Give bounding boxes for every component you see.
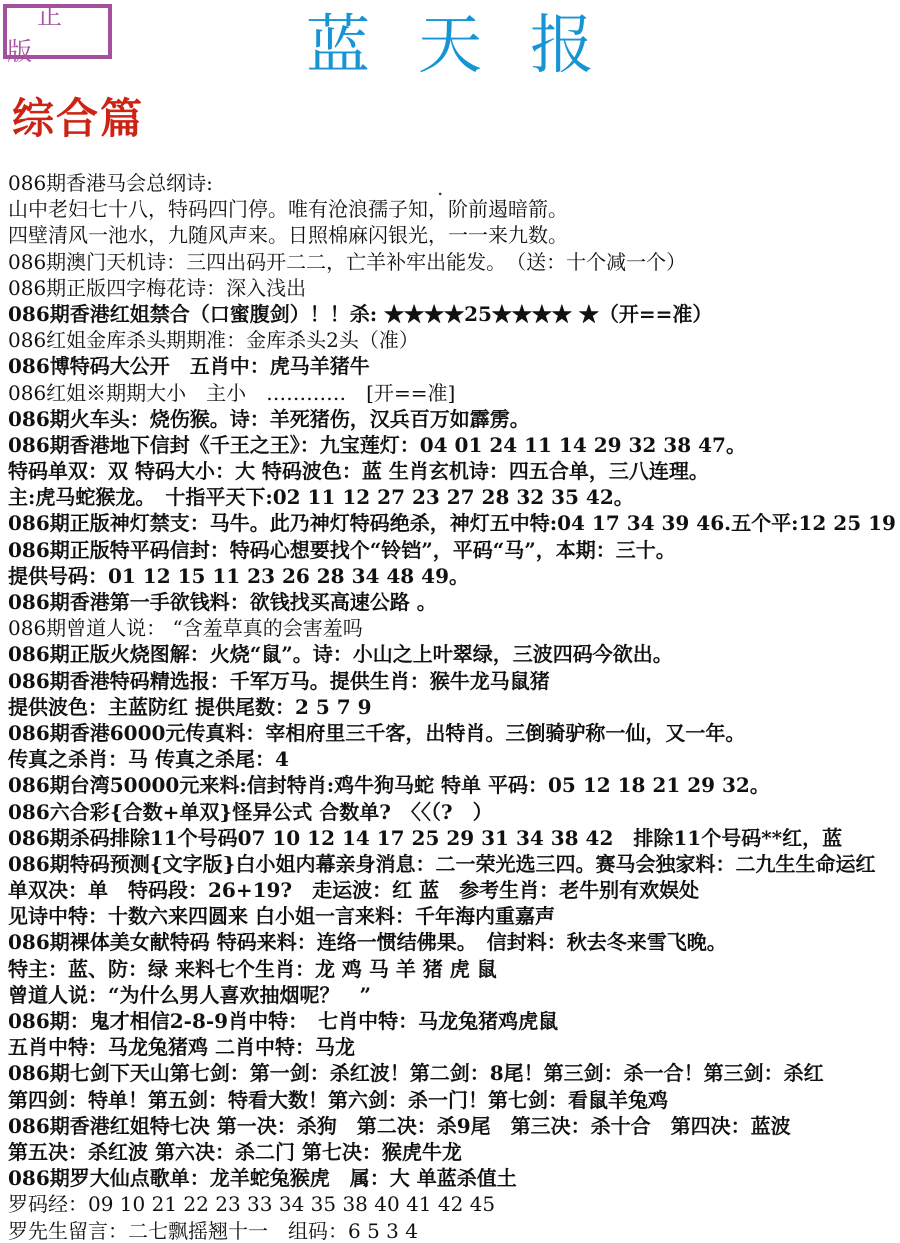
text-line: 五肖中特：马龙兔猪鸡 二肖中特：马龙 xyxy=(8,1034,900,1060)
text-line: 086期正版四字梅花诗：深入浅出 xyxy=(8,275,900,301)
section-title: 综合篇 xyxy=(12,86,144,146)
text-line: 086期正版神灯禁支：马牛。此乃神灯特码绝杀，神灯五中特:04 17 34 39… xyxy=(8,510,900,536)
text-line: 山中老妇七十八，特码四门停。唯有沧浪孺子知，阶前遏暗箭。 xyxy=(8,196,900,222)
text-line: 传真之杀肖：马 传真之杀尾：4 xyxy=(8,746,900,772)
text-line: 特主：蓝、防：绿 来料七个生肖：龙 鸡 马 羊 猪 虎 鼠 xyxy=(8,956,900,982)
text-line: 第五决：杀红波 第六决：杀二门 第七决：猴虎牛龙 xyxy=(8,1139,900,1165)
text-line: 086期正版火烧图解：火烧“鼠”。诗：小山之上叶翠绿，三波四码今欲出。 xyxy=(8,641,900,667)
page-title: 蓝天报 xyxy=(0,2,900,92)
text-line: 罗码经：09 10 21 22 23 33 34 35 38 40 41 42 … xyxy=(8,1191,900,1217)
text-line: 086期香港马会总纲诗: xyxy=(8,170,900,196)
text-line: 086期香港红姐禁合（口蜜腹剑）！！杀: ★★★★25★★★★ ★（开==准） xyxy=(8,301,900,327)
text-line: 086期罗大仙点歌单：龙羊蛇兔猴虎 属：大 单蓝杀值土 xyxy=(8,1165,900,1191)
text-line: 086六合彩{合数+单双}怪异公式 合数单? 〈〈（? ） xyxy=(8,799,900,825)
text-line: 曾道人说：“为什么男人喜欢抽烟呢？ ” xyxy=(8,982,900,1008)
text-line: 086期杀码排除11个号码07 10 12 14 17 25 29 31 34 … xyxy=(8,825,900,851)
text-line: 086期：鬼才相信2-8-9肖中特： 七肖中特：马龙兔猪鸡虎鼠 xyxy=(8,1008,900,1034)
text-line: 086期香港6000元传真料：宰相府里三千客，出特肖。三倒骑驴称一仙，又一年。 xyxy=(8,720,900,746)
text-line: 086红姐金库杀头期期准：金库杀头2头（准） xyxy=(8,327,900,353)
text-line: 提供波色：主蓝防红 提供尾数：2 5 7 9 xyxy=(8,694,900,720)
text-line: 086期香港红姐特七决 第一决：杀狗 第二决：杀9尾 第三决：杀十合 第四决：蓝… xyxy=(8,1113,900,1139)
content-lines: 086期香港马会总纲诗:山中老妇七十八，特码四门停。唯有沧浪孺子知，阶前遏暗箭。… xyxy=(8,170,900,1243)
text-line: 086期七剑下天山第七剑：第一剑：杀红波！第二剑：8尾！第三剑：杀一合！第三剑：… xyxy=(8,1060,900,1086)
text-line: 086博特码大公开 五肖中：虎马羊猪牛 xyxy=(8,353,900,379)
text-line: 086期曾道人说： “含羞草真的会害羞吗 xyxy=(8,615,900,641)
text-line: 第四剑：特单！第五剑：特看大数！第六剑：杀一门！第七剑：看鼠羊兔鸡 xyxy=(8,1087,900,1113)
text-line: 特码单双：双 特码大小：大 特码波色：蓝 生肖玄机诗：四五合单，三八连理。 xyxy=(8,458,900,484)
text-line: 086期香港地下信封《千王之王》：九宝莲灯：04 01 24 11 14 29 … xyxy=(8,432,900,458)
text-line: 见诗中特：十数六来四圆来 白小姐一言来料：千年海内重嘉声 xyxy=(8,903,900,929)
text-line: 086期特码预测{文字版}白小姐内幕亲身消息：二一荣光选三四。赛马会独家料：二九… xyxy=(8,851,900,877)
text-line: 单双决：单 特码段：26+19? 走运波：红 蓝 参考生肖：老牛别有欢娱处 xyxy=(8,877,900,903)
newspaper-page: 正版 蓝天报 综合篇 . 086期香港马会总纲诗:山中老妇七十八，特码四门停。唯… xyxy=(0,0,900,1243)
text-line: 四壁清风一池水，九随风声来。日照棉麻闪银光，一一来九数。 xyxy=(8,222,900,248)
text-line: 086期台湾50000元来料:信封特肖:鸡牛狗马蛇 特单 平码：05 12 18… xyxy=(8,772,900,798)
text-line: 086期香港特码精选报：千军万马。提供生肖：猴牛龙马鼠猪 xyxy=(8,668,900,694)
text-line: 086期香港第一手欲钱料：欲钱找买高速公路 。 xyxy=(8,589,900,615)
text-line: 086期裸体美女献特码 特码来料：连络一惯结佛果。 信封料：秋去冬来雪飞晚。 xyxy=(8,929,900,955)
text-line: 086期火车头：烧伤猴。诗：羊死猪伤，汉兵百万如霹雳。 xyxy=(8,406,900,432)
text-line: 086期正版特平码信封：特码心想要找个“铃铛”，平码“马”，本期：三十。 xyxy=(8,537,900,563)
text-line: 086红姐※期期大小 主小 ………… [开==准] xyxy=(8,380,900,406)
text-line: 086期澳门天机诗：三四出码开二二，亡羊补牢出能发。 （送：十个减一个） xyxy=(8,249,900,275)
text-line: 主:虎马蛇猴龙。 十指平天下:02 11 12 27 23 27 28 32 3… xyxy=(8,484,900,510)
text-line: 提供号码：01 12 15 11 23 26 28 34 48 49。 xyxy=(8,563,900,589)
text-line: 罗先生留言：二七飘摇翘十一 组码：6 5 3 4 xyxy=(8,1218,900,1243)
